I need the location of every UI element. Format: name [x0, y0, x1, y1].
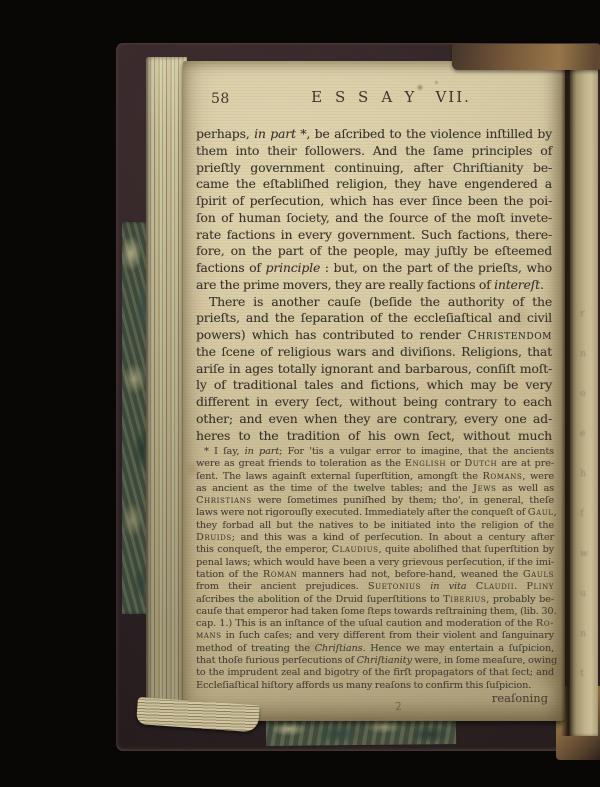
stain	[434, 80, 439, 85]
essay-title-word: ESSAY	[311, 88, 427, 106]
body-text-block: perhaps, in part *, be aſcribed to the v…	[196, 126, 552, 444]
facing-page-sliver: rnoehfwunt	[570, 64, 598, 736]
footnote-line: from their ancient prejudices. Suetonius…	[196, 581, 554, 593]
footnote-line: they forbad all but the natives to be in…	[196, 520, 554, 532]
page-header: 58 ESSAYVII.	[183, 90, 565, 110]
essay-title-numeral: VII.	[435, 88, 470, 106]
facing-page-char: n	[580, 334, 596, 374]
page-edge-stack	[146, 57, 187, 705]
footnote-line: as ancient as the time of the twelve tab…	[196, 483, 554, 495]
body-line: ſon of human ſociety, and the ſource of …	[196, 210, 552, 227]
footnote-line: were as great friends to toleration as t…	[196, 458, 554, 470]
footnote-line: laws were not rigorouſly executed. Immed…	[196, 507, 554, 519]
footnote-line: cauſe that emperor had taken ſome ſteps …	[196, 606, 554, 618]
facing-page-char: h	[580, 454, 596, 494]
footnote-line: aſcribes the abolition of the Druid ſupe…	[196, 594, 554, 606]
body-line: heres to the tradition of his own ſect, …	[196, 428, 552, 445]
body-line: prieſtly government continuing, after Ch…	[196, 160, 552, 177]
body-line: them into their followers. And the ſame …	[196, 143, 552, 160]
scan-stage: 58 ESSAYVII. perhaps, in part *, be aſcr…	[0, 0, 600, 787]
facing-page-text-fragments: rnoehfwunt	[580, 294, 596, 714]
running-title: ESSAYVII.	[196, 88, 552, 106]
footnote-line: * I ſay, in part; For 'tis a vulgar erro…	[196, 446, 554, 458]
body-line: ariſe in ages totally ignorant and barba…	[196, 361, 552, 378]
footnote-block: * I ſay, in part; For 'tis a vulgar erro…	[196, 446, 554, 692]
footnote-line: ſent. The laws againſt external ſuperſti…	[196, 471, 554, 483]
body-line: are the prime movers, they are really fa…	[196, 277, 552, 294]
pencil-mark: 2	[394, 700, 402, 714]
body-line: powers) which has contributed to render …	[196, 327, 552, 344]
book-page: 58 ESSAYVII. perhaps, in part *, be aſcr…	[183, 61, 565, 721]
facing-page-char: w	[580, 534, 596, 574]
body-line: different in every ſect, without being c…	[196, 394, 552, 411]
footnote-line: method of treating the Chriſtians. Hence…	[196, 643, 554, 655]
body-line: other; and even when they are contrary, …	[196, 411, 552, 428]
footnote-line: Druids; and this was a kind of perſecuti…	[196, 532, 554, 544]
facing-page-char: n	[580, 614, 596, 654]
body-line: came the eſtabliſhed religion, they have…	[196, 176, 552, 193]
facing-page-char: f	[580, 494, 596, 534]
body-line: There is another cauſe (beſide the autho…	[196, 294, 552, 311]
footnote-line: tation of the Roman manners had not, bef…	[196, 569, 554, 581]
facing-page-char: o	[580, 374, 596, 414]
body-line: rate factions in every government. Such …	[196, 227, 552, 244]
footnote-line: Christians were ſometimes puniſhed by th…	[196, 495, 554, 507]
body-line: factions of principle : but, on the part…	[196, 260, 552, 277]
facing-page-char: t	[580, 654, 596, 694]
body-line: ly of traditional tales and fictions, wh…	[196, 377, 552, 394]
footnote-line: mans in ſuch caſes; and very different f…	[196, 630, 554, 642]
footnote-line: to the imprudent zeal and bigotry of the…	[196, 667, 554, 679]
footnote-line: this conqueſt, the emperor, Claudius, qu…	[196, 544, 554, 556]
footnote-line: penal laws; which would have been a very…	[196, 557, 554, 569]
body-line: ſpirit of perſecution, which has ever ſi…	[196, 193, 552, 210]
body-line: the ſcene of religious wars and diviſion…	[196, 344, 552, 361]
footnote-line: cap. 1.) This is an inſtance of the uſua…	[196, 618, 554, 630]
facing-page-char: e	[580, 414, 596, 454]
facing-page-char: u	[580, 574, 596, 614]
body-line: fore, on the part of the people, may juſ…	[196, 243, 552, 260]
body-line: prieſts, and the ſeparation of the eccle…	[196, 310, 552, 327]
facing-page-char: r	[580, 294, 596, 334]
leather-corner-top-right	[452, 44, 600, 70]
footnote-line: that thoſe furious perſecutions of Chriſ…	[196, 655, 554, 667]
catchword: reaſoning	[196, 691, 552, 705]
body-line: perhaps, in part *, be aſcribed to the v…	[196, 126, 552, 143]
